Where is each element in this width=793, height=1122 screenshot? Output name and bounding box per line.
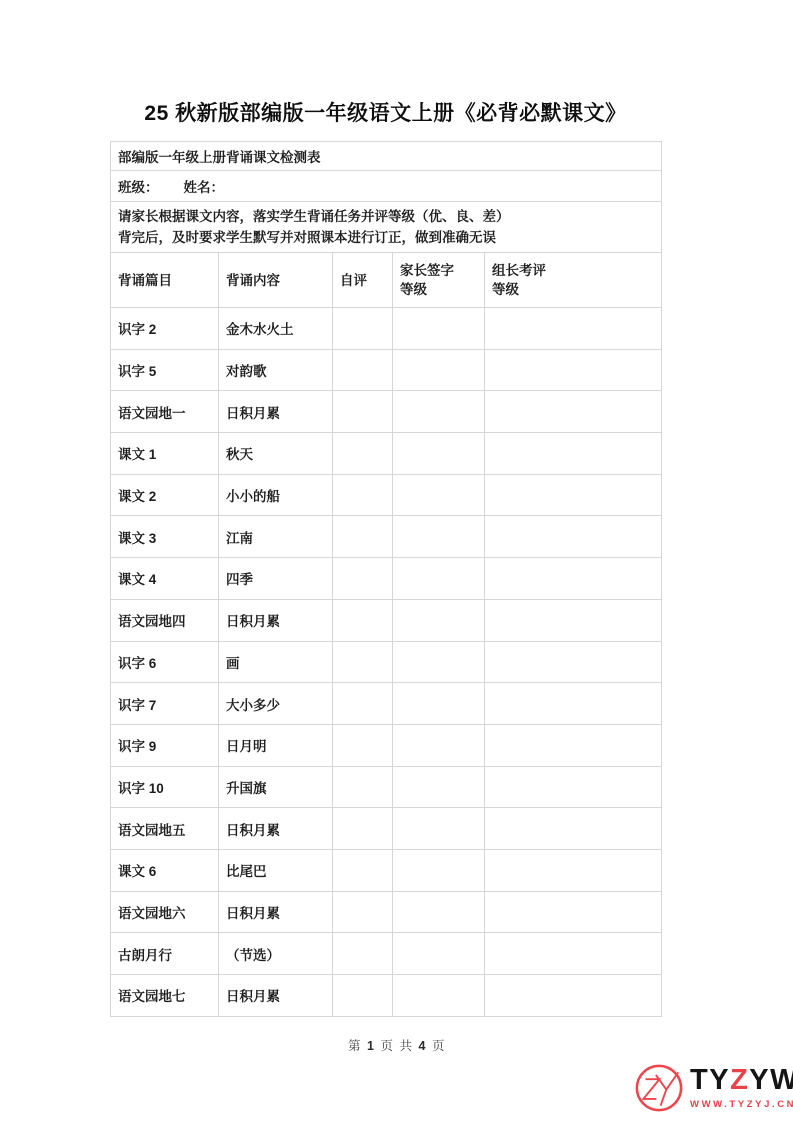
parent-grade-cell [393, 474, 485, 516]
self-eval-cell [333, 933, 393, 975]
lesson-cell: 课文 1 [111, 433, 219, 475]
column-header-parent-grade: 家长签字 等级 [393, 253, 485, 308]
parent-grade-cell [393, 724, 485, 766]
brand-letter: Y [749, 1064, 770, 1096]
content-cell: 小小的船 [219, 474, 333, 516]
leader-grade-cell [485, 891, 662, 933]
leader-grade-cell [485, 975, 662, 1017]
content-cell: 四季 [219, 558, 333, 600]
table-caption-row: 部编版一年级上册背诵课文检测表 [111, 142, 662, 171]
parent-grade-cell [393, 433, 485, 475]
lesson-cell: 语文园地五 [111, 808, 219, 850]
content-cell: 日积月累 [219, 808, 333, 850]
parent-grade-cell [393, 391, 485, 433]
lesson-cell: 语文园地四 [111, 599, 219, 641]
brand-logo: TYZYW WWW.TYZYJ.CN [634, 1063, 793, 1113]
self-eval-cell [333, 724, 393, 766]
table-row: 课文 3江南 [111, 516, 662, 558]
zy-monogram-icon [634, 1063, 684, 1113]
table-row: 识字 7大小多少 [111, 683, 662, 725]
lesson-cell: 课文 3 [111, 516, 219, 558]
table-row: 古朗月行（节选） [111, 933, 662, 975]
self-eval-cell [333, 849, 393, 891]
table-row: 语文园地五日积月累 [111, 808, 662, 850]
lesson-cell: 识字 10 [111, 766, 219, 808]
lesson-cell: 识字 2 [111, 308, 219, 350]
lesson-cell: 课文 2 [111, 474, 219, 516]
self-eval-cell [333, 683, 393, 725]
self-eval-cell [333, 433, 393, 475]
content-cell: 升国旗 [219, 766, 333, 808]
table-row: 识字 9日月明 [111, 724, 662, 766]
class-name-row: 班级：姓名： [111, 171, 662, 202]
lesson-cell: 古朗月行 [111, 933, 219, 975]
content-cell: 秋天 [219, 433, 333, 475]
brand-letter: Y [709, 1064, 730, 1096]
page-title: 25 秋新版部编版一年级语文上册《必背必默课文》 [110, 97, 661, 127]
instructions-row: 请家长根据课文内容，落实学生背诵任务并评等级（优、良、差） 背完后，及时要求学生… [111, 202, 662, 253]
table-row: 语文园地六日积月累 [111, 891, 662, 933]
lesson-cell: 语文园地七 [111, 975, 219, 1017]
instructions-cell: 请家长根据课文内容，落实学生背诵任务并评等级（优、良、差） 背完后，及时要求学生… [111, 202, 662, 253]
leader-grade-cell [485, 433, 662, 475]
table-row: 语文园地一日积月累 [111, 391, 662, 433]
parent-grade-cell [393, 683, 485, 725]
parent-grade-cell [393, 891, 485, 933]
parent-grade-cell [393, 308, 485, 350]
leader-grade-cell [485, 849, 662, 891]
table-row: 语文园地七日积月累 [111, 975, 662, 1017]
column-header-lesson: 背诵篇目 [111, 253, 219, 308]
parent-grade-cell [393, 599, 485, 641]
table-row: 课文 6比尾巴 [111, 849, 662, 891]
table-caption: 部编版一年级上册背诵课文检测表 [111, 142, 662, 171]
leader-grade-cell [485, 683, 662, 725]
parent-grade-cell [393, 766, 485, 808]
name-label: 姓名： [184, 180, 225, 195]
page-number: 1 [367, 1039, 374, 1053]
class-label: 班级： [118, 180, 159, 195]
content-cell: 金木水火土 [219, 308, 333, 350]
table-body: 识字 2金木水火土识字 5对韵歌语文园地一日积月累课文 1秋天课文 2小小的船课… [111, 308, 662, 1017]
lesson-cell: 课文 4 [111, 558, 219, 600]
content-cell: （节选） [219, 933, 333, 975]
self-eval-cell [333, 975, 393, 1017]
parent-grade-cell [393, 349, 485, 391]
content-cell: 画 [219, 641, 333, 683]
instructions-line-2: 背完后，及时要求学生默写并对照课本进行订正，做到准确无误 [118, 227, 657, 248]
brand-letter: Z [730, 1064, 749, 1096]
table-row: 识字 5对韵歌 [111, 349, 662, 391]
self-eval-cell [333, 641, 393, 683]
content-cell: 日积月累 [219, 391, 333, 433]
content-cell: 江南 [219, 516, 333, 558]
content-cell: 日积月累 [219, 599, 333, 641]
recitation-check-table: 部编版一年级上册背诵课文检测表 班级：姓名： 请家长根据课文内容，落实学生背诵任… [110, 141, 662, 1017]
content-cell: 日积月累 [219, 975, 333, 1017]
footer-mid2: 共 [400, 1036, 413, 1054]
self-eval-cell [333, 308, 393, 350]
column-header-self-eval: 自评 [333, 253, 393, 308]
parent-grade-cell [393, 516, 485, 558]
content-cell: 日月明 [219, 724, 333, 766]
footer-prefix: 第 [348, 1036, 361, 1054]
content-cell: 日积月累 [219, 891, 333, 933]
self-eval-cell [333, 516, 393, 558]
table-row: 课文 2小小的船 [111, 474, 662, 516]
table-row: 识字 6画 [111, 641, 662, 683]
footer-suffix: 页 [432, 1036, 445, 1054]
lesson-cell: 语文园地一 [111, 391, 219, 433]
leader-grade-cell [485, 641, 662, 683]
content-cell: 大小多少 [219, 683, 333, 725]
self-eval-cell [333, 349, 393, 391]
brand-text: TYZYW WWW.TYZYJ.CN [690, 1063, 793, 1110]
leader-grade-cell [485, 349, 662, 391]
brand-letter: T [690, 1064, 709, 1096]
table-row: 课文 1秋天 [111, 433, 662, 475]
self-eval-cell [333, 391, 393, 433]
parent-grade-cell [393, 933, 485, 975]
self-eval-cell [333, 766, 393, 808]
parent-grade-cell [393, 641, 485, 683]
page-total: 4 [419, 1039, 426, 1053]
lesson-cell: 课文 6 [111, 849, 219, 891]
footer-mid1: 页 [380, 1036, 393, 1054]
leader-grade-cell [485, 766, 662, 808]
column-header-leader-grade: 组长考评 等级 [485, 253, 662, 308]
table-row: 课文 4四季 [111, 558, 662, 600]
table-row: 识字 2金木水火土 [111, 308, 662, 350]
instructions-line-1: 请家长根据课文内容，落实学生背诵任务并评等级（优、良、差） [118, 206, 657, 227]
leader-grade-cell [485, 558, 662, 600]
self-eval-cell [333, 474, 393, 516]
parent-grade-cell [393, 808, 485, 850]
leader-grade-cell [485, 933, 662, 975]
leader-grade-cell [485, 391, 662, 433]
parent-grade-cell [393, 975, 485, 1017]
leader-grade-cell [485, 308, 662, 350]
lesson-cell: 识字 5 [111, 349, 219, 391]
leader-grade-cell [485, 474, 662, 516]
brand-website: WWW.TYZYJ.CN [690, 1099, 793, 1110]
table-row: 识字 10升国旗 [111, 766, 662, 808]
brand-name: TYZYW [690, 1063, 793, 1097]
parent-grade-cell [393, 558, 485, 600]
self-eval-cell [333, 558, 393, 600]
leader-grade-cell [485, 808, 662, 850]
self-eval-cell [333, 891, 393, 933]
leader-grade-cell [485, 724, 662, 766]
leader-grade-cell [485, 599, 662, 641]
column-header-content: 背诵内容 [219, 253, 333, 308]
brand-letter: W [770, 1064, 793, 1096]
content-cell: 对韵歌 [219, 349, 333, 391]
column-header-row: 背诵篇目 背诵内容 自评 家长签字 等级 组长考评 等级 [111, 253, 662, 308]
lesson-cell: 语文园地六 [111, 891, 219, 933]
self-eval-cell [333, 808, 393, 850]
self-eval-cell [333, 599, 393, 641]
leader-grade-cell [485, 516, 662, 558]
lesson-cell: 识字 7 [111, 683, 219, 725]
lesson-cell: 识字 6 [111, 641, 219, 683]
content-cell: 比尾巴 [219, 849, 333, 891]
table-row: 语文园地四日积月累 [111, 599, 662, 641]
parent-grade-cell [393, 849, 485, 891]
lesson-cell: 识字 9 [111, 724, 219, 766]
page-footer: 第1页共4页 [0, 1036, 793, 1054]
class-name-cell: 班级：姓名： [111, 171, 662, 202]
